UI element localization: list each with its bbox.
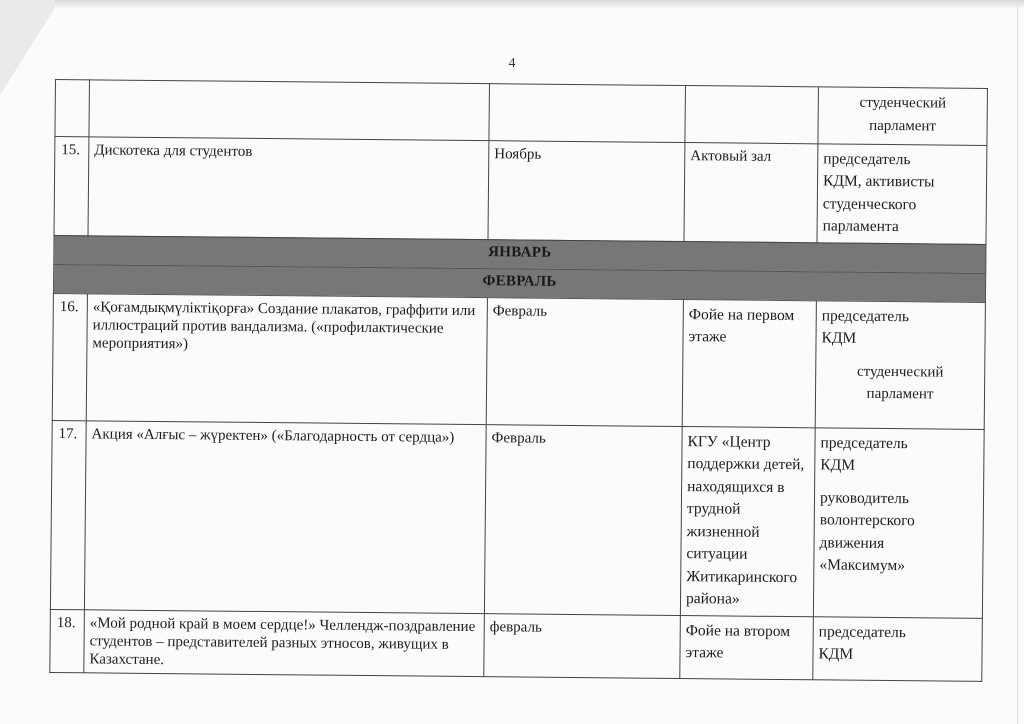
place-line: КГУ «Центр <box>687 431 809 455</box>
place-line: этаже <box>688 326 810 350</box>
responsible-line: студенческого <box>823 193 981 217</box>
cell-number <box>55 80 90 137</box>
cell-place: Фойе на втором этаже <box>680 615 814 679</box>
responsible-line: студенческий <box>821 360 979 384</box>
page-right-edge <box>1017 0 1018 724</box>
responsible-line: движения <box>819 532 977 556</box>
cell-date: февраль <box>484 613 681 678</box>
cell-place <box>685 86 819 144</box>
responsible-line: председатель <box>823 148 981 172</box>
responsible-line: волонтерского <box>820 510 978 534</box>
place-line: этаже <box>685 642 807 666</box>
table-row: 17. Акция «Алғыс – жүректен» («Благодарн… <box>50 420 984 618</box>
responsible-line: парламента <box>823 216 981 240</box>
table-row: 15. Дискотека для студентов Ноябрь Актов… <box>54 137 987 245</box>
responsible-line: парламент <box>821 383 979 407</box>
table-row-continued: студенческий парламент <box>55 80 988 146</box>
place-line: Фойе на втором <box>686 620 808 644</box>
place-line: трудной <box>687 498 809 522</box>
cell-responsible: председатель КДМ студенческий парламент <box>815 301 985 430</box>
place-line: жизненной <box>687 521 809 545</box>
cell-event-name: «Мой родной край в моем сердце!» Челленд… <box>84 609 485 676</box>
place-line: Фойе на первом <box>689 304 811 328</box>
table-row: 18. «Мой родной край в моем сердце!» Чел… <box>50 609 983 681</box>
scanned-page: 4 студенческий парламент <box>0 0 1024 724</box>
cell-responsible: студенческий парламент <box>818 87 988 146</box>
event-plan-table-wrapper: студенческий парламент 15. Дискотека для… <box>49 79 987 682</box>
responsible-line: председатель <box>822 305 980 329</box>
responsible-line: председатель <box>819 621 977 645</box>
responsible-line: КДМ <box>821 328 979 352</box>
table-row: 16. «Қоғамдықмүліктіқорға» Создание плак… <box>52 293 985 429</box>
responsible-line: председатель <box>820 432 978 456</box>
cell-responsible: председатель КДМ, активисты студенческог… <box>817 144 987 244</box>
event-plan-table: студенческий парламент 15. Дискотека для… <box>49 79 988 682</box>
cell-date <box>489 84 686 143</box>
place-line: Житикаринского <box>686 566 808 590</box>
responsible-line: студенческий <box>824 91 982 115</box>
cell-place: Актовый зал <box>684 143 818 243</box>
cell-event-name: Акция «Алғыс – жүректен» («Благодарность… <box>84 421 486 614</box>
responsible-line: КДМ, активисты <box>823 171 981 195</box>
cell-event-name <box>89 80 490 141</box>
cell-place: КГУ «Центр поддержки детей, находящихся … <box>680 426 815 616</box>
page-fold-shadow <box>0 0 60 95</box>
cell-number: 17. <box>50 420 86 609</box>
responsible-line: парламент <box>823 114 981 138</box>
cell-number: 16. <box>52 293 87 420</box>
cell-number: 18. <box>50 609 85 672</box>
page-top-shadow <box>55 0 1024 8</box>
responsible-line: «Максимум» <box>819 555 977 579</box>
place-line: района» <box>686 588 808 612</box>
cell-place: Фойе на первом этаже <box>682 299 816 427</box>
responsible-line: руководитель <box>820 487 978 511</box>
page-number: 4 <box>0 56 1024 72</box>
cell-number: 15. <box>54 137 89 236</box>
cell-date: Февраль <box>484 425 682 616</box>
cell-event-name: Дискотека для студентов <box>88 137 489 240</box>
place-line: поддержки детей, <box>687 453 809 477</box>
cell-responsible: председатель КДМ руководитель волонтерск… <box>813 428 984 618</box>
cell-event-name: «Қоғамдықмүліктіқорға» Создание плакатов… <box>86 294 487 425</box>
cell-responsible: председатель КДМ <box>813 616 983 681</box>
place-line: находящихся в <box>687 476 809 500</box>
responsible-line: КДМ <box>818 643 976 667</box>
place-line: ситуации <box>686 543 808 567</box>
cell-date: Ноябрь <box>488 141 685 242</box>
cell-date: Февраль <box>486 298 683 427</box>
responsible-line: КДМ <box>820 455 978 479</box>
